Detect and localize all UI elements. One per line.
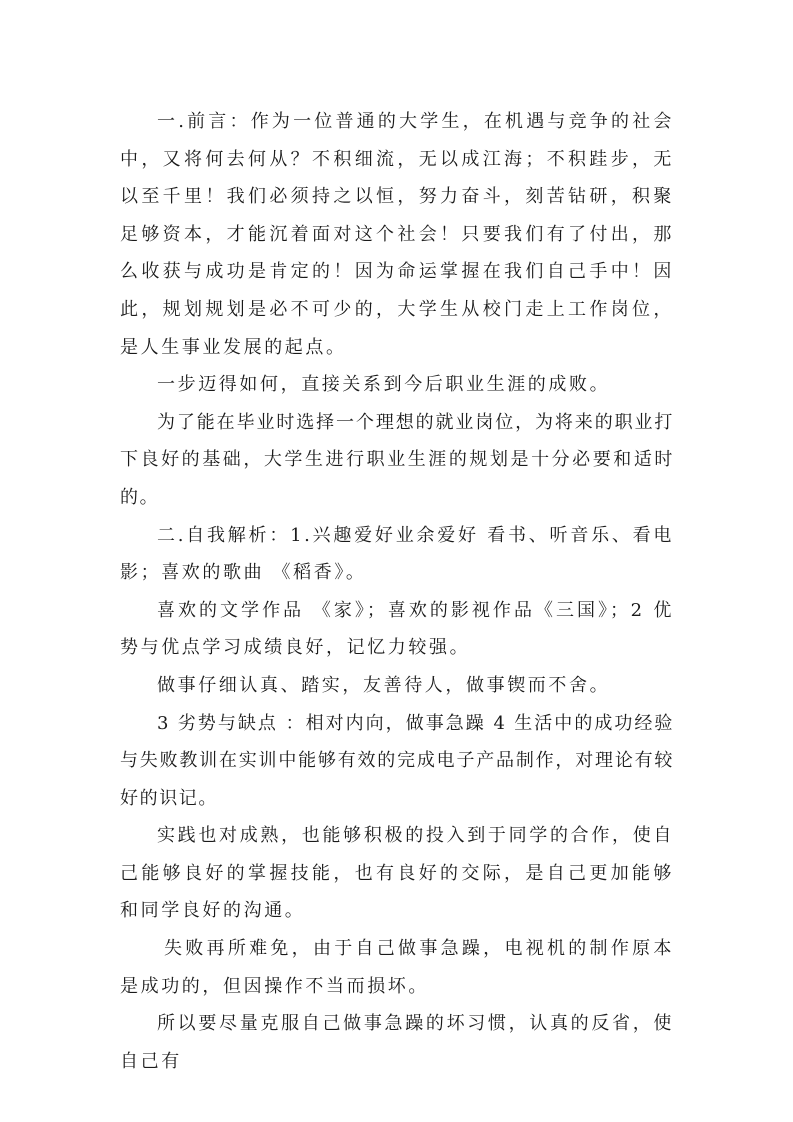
paragraph-preface: 一.前言：作为一位普通的大学生，在机遇与竞争的社会中，又将何去何从？不积细流，无… bbox=[120, 103, 674, 366]
paragraph-career-planning: 为了能在毕业时选择一个理想的就业岗位，为将来的职业打下良好的基础，大学生进行职业… bbox=[120, 404, 674, 517]
paragraph-favorite-works: 喜欢的文学作品 《家》；喜欢的影视作品《三国》；2 优势与优点学习成绩良好，记忆… bbox=[120, 592, 674, 667]
paragraph-practice: 实践也对成熟，也能够积极的投入到于同学的合作，使自己能够良好的掌握技能，也有良好… bbox=[120, 817, 674, 930]
paragraph-improvement: 所以要尽量克服自己做事急躁的坏习惯，认真的反省，使自己有 bbox=[120, 1005, 674, 1080]
paragraph-self-analysis: 二.自我解析：1.兴趣爱好业余爱好 看书、听音乐、看电影；喜欢的歌曲 《稻香》。 bbox=[120, 517, 674, 592]
paragraph-failure: 失败再所难免，由于自己做事急躁，电视机的制作原本是成功的，但因操作不当而损坏。 bbox=[120, 930, 674, 1005]
paragraph-first-step: 一步迈得如何，直接关系到今后职业生涯的成败。 bbox=[120, 366, 674, 404]
document-page: 一.前言：作为一位普通的大学生，在机遇与竞争的社会中，又将何去何从？不积细流，无… bbox=[120, 103, 674, 1080]
paragraph-work-attitude: 做事仔细认真、踏实，友善待人，做事锲而不舍。 bbox=[120, 667, 674, 705]
paragraph-weaknesses: 3 劣势与缺点 ：相对内向，做事急躁 4 生活中的成功经验与失败教训在实训中能够… bbox=[120, 705, 674, 818]
